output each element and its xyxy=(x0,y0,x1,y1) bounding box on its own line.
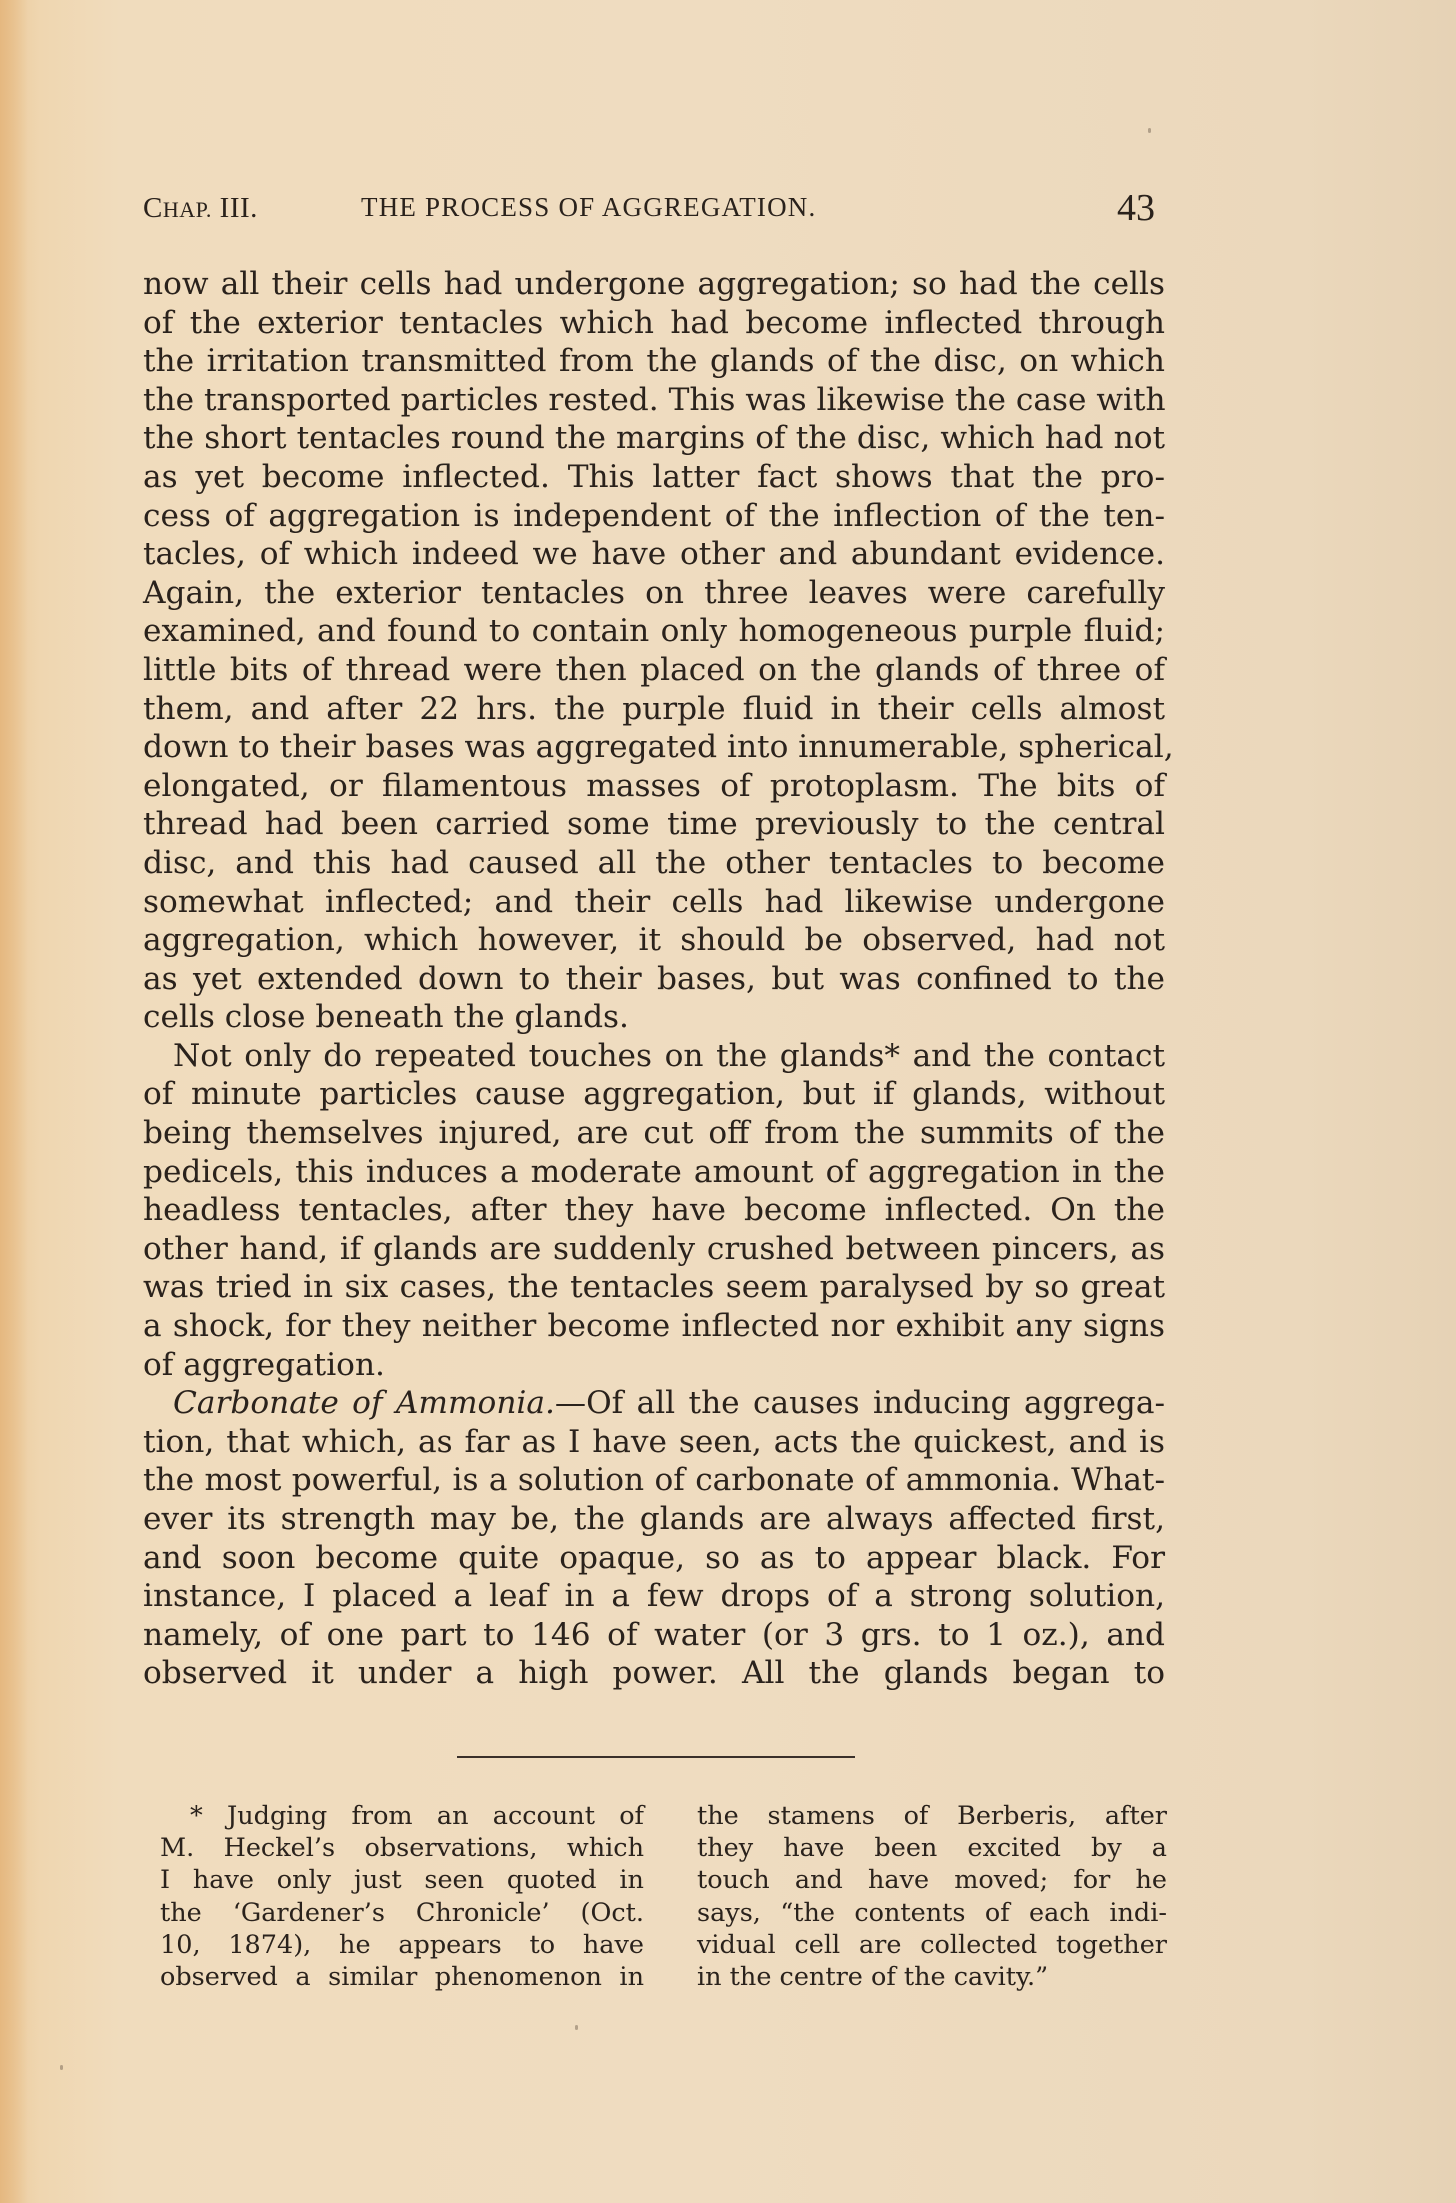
footnote-line: vidual cell are collected together xyxy=(697,1929,1167,1961)
text-line: examined, and found to contain only homo… xyxy=(143,612,1165,651)
text-line: tion, that which, as far as I have seen,… xyxy=(143,1423,1165,1462)
footnote-line: they have been excited by a xyxy=(697,1832,1167,1864)
section-heading-rest: —Of all the causes inducing aggrega- xyxy=(555,1385,1165,1421)
text-line: being themselves injured, are cut off fr… xyxy=(143,1114,1165,1153)
text-line: other hand, if glands are suddenly crush… xyxy=(143,1230,1165,1269)
text-line: as yet extended down to their bases, but… xyxy=(143,960,1165,999)
footnote-line: touch and have moved; for he xyxy=(697,1864,1167,1896)
body-text: now all their cells had undergone aggreg… xyxy=(143,265,1165,1693)
chapter-prefix: C xyxy=(143,192,163,224)
paper-speck xyxy=(575,2025,578,2030)
footnote-line: * Judging from an account of xyxy=(160,1800,644,1832)
text-line: instance, I placed a leaf in a few drops… xyxy=(143,1577,1165,1616)
footnote-separator-rule xyxy=(457,1756,855,1758)
text-line: elongated, or filamentous masses of prot… xyxy=(143,767,1165,806)
paragraph-start-line: Not only do repeated touches on the glan… xyxy=(143,1037,1165,1076)
text-line: of the exterior tentacles which had beco… xyxy=(143,304,1165,343)
chapter-number: III. xyxy=(220,192,258,224)
text-line: a shock, for they neither become inflect… xyxy=(143,1307,1165,1346)
text-line: was tried in six cases, the tentacles se… xyxy=(143,1268,1165,1307)
book-page: CHAP. III. THE PROCESS OF AGGREGATION. 4… xyxy=(0,0,1456,2203)
text-line: the most powerful, is a solution of carb… xyxy=(143,1461,1165,1500)
text-line: somewhat inflected; and their cells had … xyxy=(143,883,1165,922)
text-line: headless tentacles, after they have beco… xyxy=(143,1191,1165,1230)
chapter-smallcaps: HAP. xyxy=(163,197,212,222)
text-line: the transported particles rested. This w… xyxy=(143,381,1165,420)
text-line: of minute particles cause aggregation, b… xyxy=(143,1075,1165,1114)
text-line: ever its strength may be, the glands are… xyxy=(143,1500,1165,1539)
text-line: and soon become quite opaque, so as to a… xyxy=(143,1539,1165,1578)
page-number: 43 xyxy=(1117,186,1155,230)
text-line: the short tentacles round the margins of… xyxy=(143,419,1165,458)
text-line: pedicels, this induces a moderate amount… xyxy=(143,1153,1165,1192)
text-line: aggregation, which however, it should be… xyxy=(143,921,1165,960)
text-line: as yet become inflected. This latter fac… xyxy=(143,458,1165,497)
text-line: tacles, of which indeed we have other an… xyxy=(143,535,1165,574)
footnote-line: observed a similar phenomenon in xyxy=(160,1961,644,1993)
page-edge-shadow xyxy=(0,0,28,2203)
footnote-column-right: the stamens of Berberis, after they have… xyxy=(697,1800,1167,1993)
paper-speck xyxy=(1148,128,1151,133)
paper-speck xyxy=(60,2065,63,2070)
text-line: of aggregation. xyxy=(143,1346,1165,1385)
text-line: the irritation transmitted from the glan… xyxy=(143,342,1165,381)
text-line: now all their cells had undergone aggreg… xyxy=(143,265,1165,304)
text-line: down to their bases was aggregated into … xyxy=(143,728,1165,767)
footnote-line: in the centre of the cavity.” xyxy=(697,1961,1167,1993)
text-line: observed it under a high power. All the … xyxy=(143,1654,1165,1693)
footnote-line: I have only just seen quoted in xyxy=(160,1864,644,1896)
text-line: cells close beneath the glands. xyxy=(143,998,1165,1037)
chapter-label: CHAP. III. xyxy=(143,192,258,225)
footnote-line: 10, 1874), he appears to have xyxy=(160,1929,644,1961)
running-head: CHAP. III. THE PROCESS OF AGGREGATION. 4… xyxy=(143,188,1165,232)
text-line: little bits of thread were then placed o… xyxy=(143,651,1165,690)
text-line: Again, the exterior tentacles on three l… xyxy=(143,574,1165,613)
running-title: THE PROCESS OF AGGREGATION. xyxy=(361,192,816,223)
text-line: disc, and this had caused all the other … xyxy=(143,844,1165,883)
text-line: namely, of one part to 146 of water (or … xyxy=(143,1616,1165,1655)
footnote-line: the stamens of Berberis, after xyxy=(697,1800,1167,1832)
section-heading-line: Carbonate of Ammonia.—Of all the causes … xyxy=(143,1384,1165,1423)
footnote-column-left: * Judging from an account of M. Heckel’s… xyxy=(160,1800,644,1993)
footnote-line: the ‘Gardener’s Chronicle’ (Oct. xyxy=(160,1897,644,1929)
footnote-line: says, “the contents of each indi- xyxy=(697,1897,1167,1929)
text-line: cess of aggregation is independent of th… xyxy=(143,497,1165,536)
text-line: thread had been carried some time previo… xyxy=(143,805,1165,844)
text-line: them, and after 22 hrs. the purple fluid… xyxy=(143,690,1165,729)
section-heading-italic: Carbonate of Ammonia. xyxy=(173,1385,555,1421)
footnote-line: M. Heckel’s observations, which xyxy=(160,1832,644,1864)
